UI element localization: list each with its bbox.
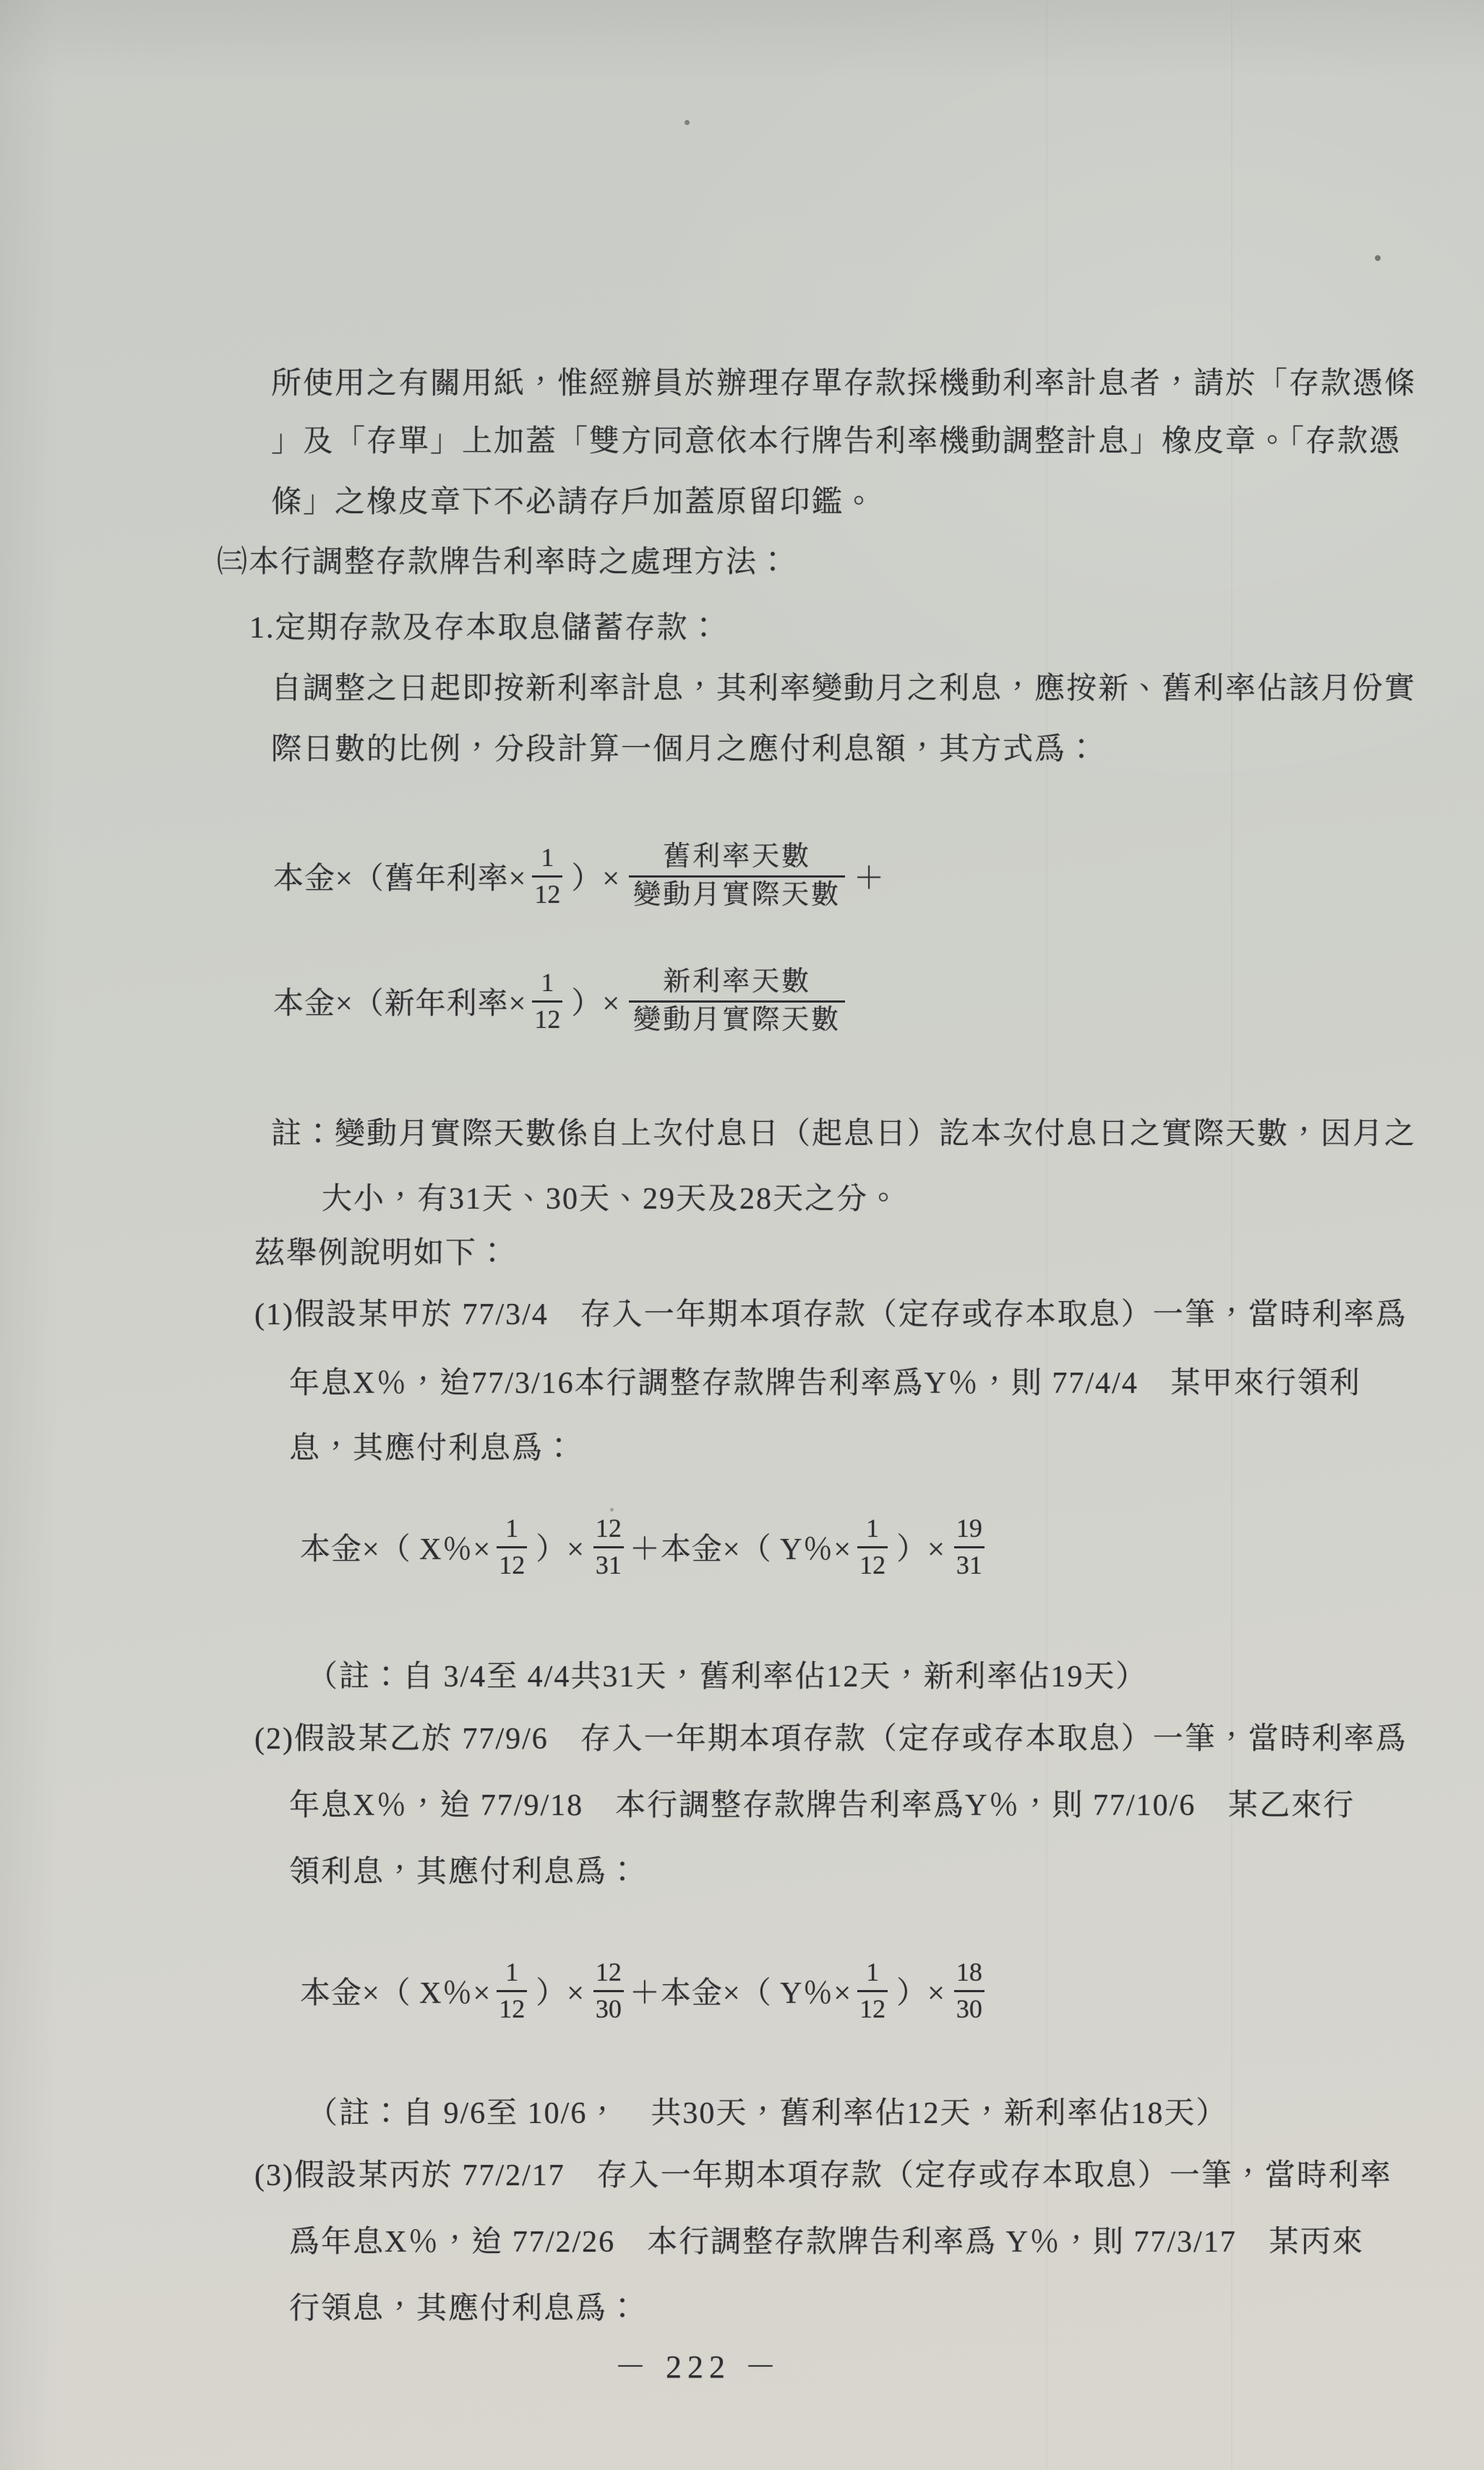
fraction-numerator: 1	[503, 1514, 520, 1543]
formula-text: ）×	[896, 1525, 945, 1569]
fraction-one-twelfth: 1 12	[497, 1957, 527, 2024]
page-number: － 222 －	[614, 2341, 782, 2387]
example2-line-1: (2)假設某乙於 77/9/6 存入一年期本項存款（定存或存本取息）一筆，當時利…	[254, 1718, 1407, 1762]
example1-formula: 本金×（ X％× 1 12 ）× 12 31 ＋本金×（ Y％× 1 12 ）×…	[300, 1485, 990, 1608]
formula-new-rate: 本金×（新年利率× 1 12 ）× 新利率天數 變動月實際天數	[273, 940, 851, 1063]
item1-heading: 1.定期存款及存本取息儲蓄存款：	[249, 606, 721, 651]
formula-text: ）×	[536, 1969, 585, 2012]
formula-text: ＋本金×（ Y％×	[630, 1525, 852, 1569]
formula-text: 本金×（ X％×	[300, 1525, 491, 1569]
formula-old-rate: 本金×（舊年利率× 1 12 ）× 舊利率天數 變動月實際天數 ＋	[273, 815, 888, 938]
formula-old-pre: 本金×（舊年利率×	[273, 854, 526, 898]
fraction-denominator: 12	[532, 1005, 562, 1034]
method-line-1: 自調整之日起即按新利率計息，其利率變動月之利息，應按新、舊利率佔該月份實	[271, 667, 1416, 711]
fraction-numerator: 1	[864, 1514, 881, 1543]
fraction-denominator: 30	[954, 1994, 985, 2024]
intro-line-3: 條」之橡皮章下不必請存戶加蓋原留印鑑。	[271, 481, 875, 525]
fraction-one-twelfth: 1 12	[497, 1514, 527, 1580]
fraction-new-days: 新利率天數 變動月實際天數	[629, 966, 845, 1036]
dust-speck	[685, 120, 690, 125]
scan-streak	[1046, 0, 1047, 2470]
dust-speck	[1375, 255, 1381, 261]
examples-intro: 茲舉例說明如下：	[254, 1232, 509, 1276]
section3-heading: ㈢本行調整存款牌告利率時之處理方法：	[217, 541, 789, 585]
fraction-numerator: 新利率天數	[659, 966, 815, 998]
fraction-denominator: 12	[857, 1994, 888, 2024]
formula-text: ）×	[896, 1969, 945, 2012]
fraction-denominator: 12	[857, 1551, 888, 1580]
fraction-denominator: 30	[593, 1994, 624, 2024]
formula-new-mid: ）×	[571, 979, 620, 1023]
fraction-bar	[497, 1990, 527, 1992]
fraction-denominator: 12	[497, 1551, 527, 1580]
fraction-bar	[497, 1546, 527, 1548]
formula-old-mid: ）×	[571, 854, 620, 898]
fraction-numerator: 1	[864, 1957, 881, 1987]
scanned-document-page: 所使用之有關用紙，惟經辦員於辦理存單存款採機動利率計息者，請於「存款憑條 」及「…	[0, 0, 1484, 2470]
fraction-numerator: 舊利率天數	[659, 841, 815, 873]
note-line-2: 大小，有31天、30天、29天及28天之分。	[322, 1178, 900, 1222]
fraction-denominator: 12	[497, 1994, 527, 2024]
method-line-2: 際日數的比例，分段計算一個月之應付利息額，其方式爲：	[271, 728, 1098, 772]
fraction-bar	[857, 1546, 888, 1548]
fraction-numerator: 12	[593, 1957, 624, 1987]
fraction-bar	[532, 1000, 562, 1003]
example1-line-1: (1)假設某甲於 77/3/4 存入一年期本項存款（定存或存本取息）一筆，當時利…	[254, 1293, 1407, 1337]
plus-sign: ＋	[854, 854, 885, 898]
fraction-numerator: 1	[539, 843, 556, 872]
fraction-bar	[954, 1990, 985, 1992]
fraction-bar	[629, 1000, 845, 1003]
fraction-denominator: 31	[593, 1551, 624, 1580]
formula-text: ＋本金×（ Y％×	[630, 1969, 852, 2012]
fraction-18-30: 18 30	[954, 1957, 985, 2024]
dust-speck	[610, 1508, 614, 1511]
example1-line-2: 年息X％，迨77/3/16本行調整存款牌告利率爲Y％，則 77/4/4 某甲來行…	[289, 1362, 1361, 1406]
scan-streak	[1231, 0, 1232, 2470]
example1-line-3: 息，其應付利息爲：	[289, 1427, 575, 1471]
fraction-numerator: 1	[503, 1957, 520, 1987]
fraction-bar	[629, 875, 845, 878]
example2-formula: 本金×（ X％× 1 12 ）× 12 30 ＋本金×（ Y％× 1 12 ）×…	[300, 1929, 990, 2052]
fraction-19-31: 19 31	[954, 1514, 985, 1580]
fraction-one-twelfth: 1 12	[857, 1957, 888, 2024]
formula-text: 本金×（ X％×	[300, 1969, 491, 2012]
fraction-bar	[532, 875, 562, 878]
fraction-bar	[593, 1990, 624, 1992]
fraction-numerator: 18	[954, 1957, 985, 1987]
intro-line-1: 所使用之有關用紙，惟經辦員於辦理存單存款採機動利率計息者，請於「存款憑條	[271, 362, 1416, 406]
fraction-denominator: 變動月實際天數	[629, 1005, 845, 1037]
example1-note: （註：自 3/4至 4/4共31天，舊利率佔12天，新利率佔19天）	[307, 1655, 1147, 1699]
fraction-one-twelfth: 1 12	[532, 843, 562, 909]
example2-line-2: 年息X％，迨 77/9/18 本行調整存款牌告利率爲Y％，則 77/10/6 某…	[289, 1784, 1355, 1828]
example2-note: （註：自 9/6至 10/6， 共30天，舊利率佔12天，新利率佔18天）	[307, 2092, 1227, 2136]
fraction-one-twelfth: 1 12	[857, 1514, 888, 1580]
fraction-bar	[857, 1990, 888, 1992]
formula-text: ）×	[536, 1525, 585, 1569]
fraction-one-twelfth: 1 12	[532, 968, 562, 1034]
fraction-numerator: 12	[593, 1514, 624, 1543]
fraction-numerator: 19	[954, 1514, 985, 1543]
fraction-denominator: 變動月實際天數	[629, 880, 845, 912]
fraction-12-31: 12 31	[593, 1514, 624, 1580]
fraction-numerator: 1	[539, 968, 556, 998]
example3-line-3: 行領息，其應付利息爲：	[289, 2287, 639, 2331]
fraction-denominator: 12	[532, 880, 562, 909]
note-line-1: 註：變動月實際天數係自上次付息日（起息日）訖本次付息日之實際天數，因月之	[271, 1112, 1416, 1157]
formula-new-pre: 本金×（新年利率×	[273, 979, 526, 1023]
fraction-bar	[954, 1546, 985, 1548]
fraction-old-days: 舊利率天數 變動月實際天數	[629, 841, 845, 911]
example3-line-1: (3)假設某丙於 77/2/17 存入一年期本項存款（定存或存本取息）一筆，當時…	[254, 2154, 1392, 2198]
fraction-12-30: 12 30	[593, 1957, 624, 2024]
example2-line-3: 領利息，其應付利息爲：	[289, 1851, 639, 1895]
fraction-denominator: 31	[954, 1551, 985, 1580]
fraction-bar	[593, 1546, 624, 1548]
example3-line-2: 爲年息X％，迨 77/2/26 本行調整存款牌告利率爲 Y％，則 77/3/17…	[289, 2221, 1364, 2265]
